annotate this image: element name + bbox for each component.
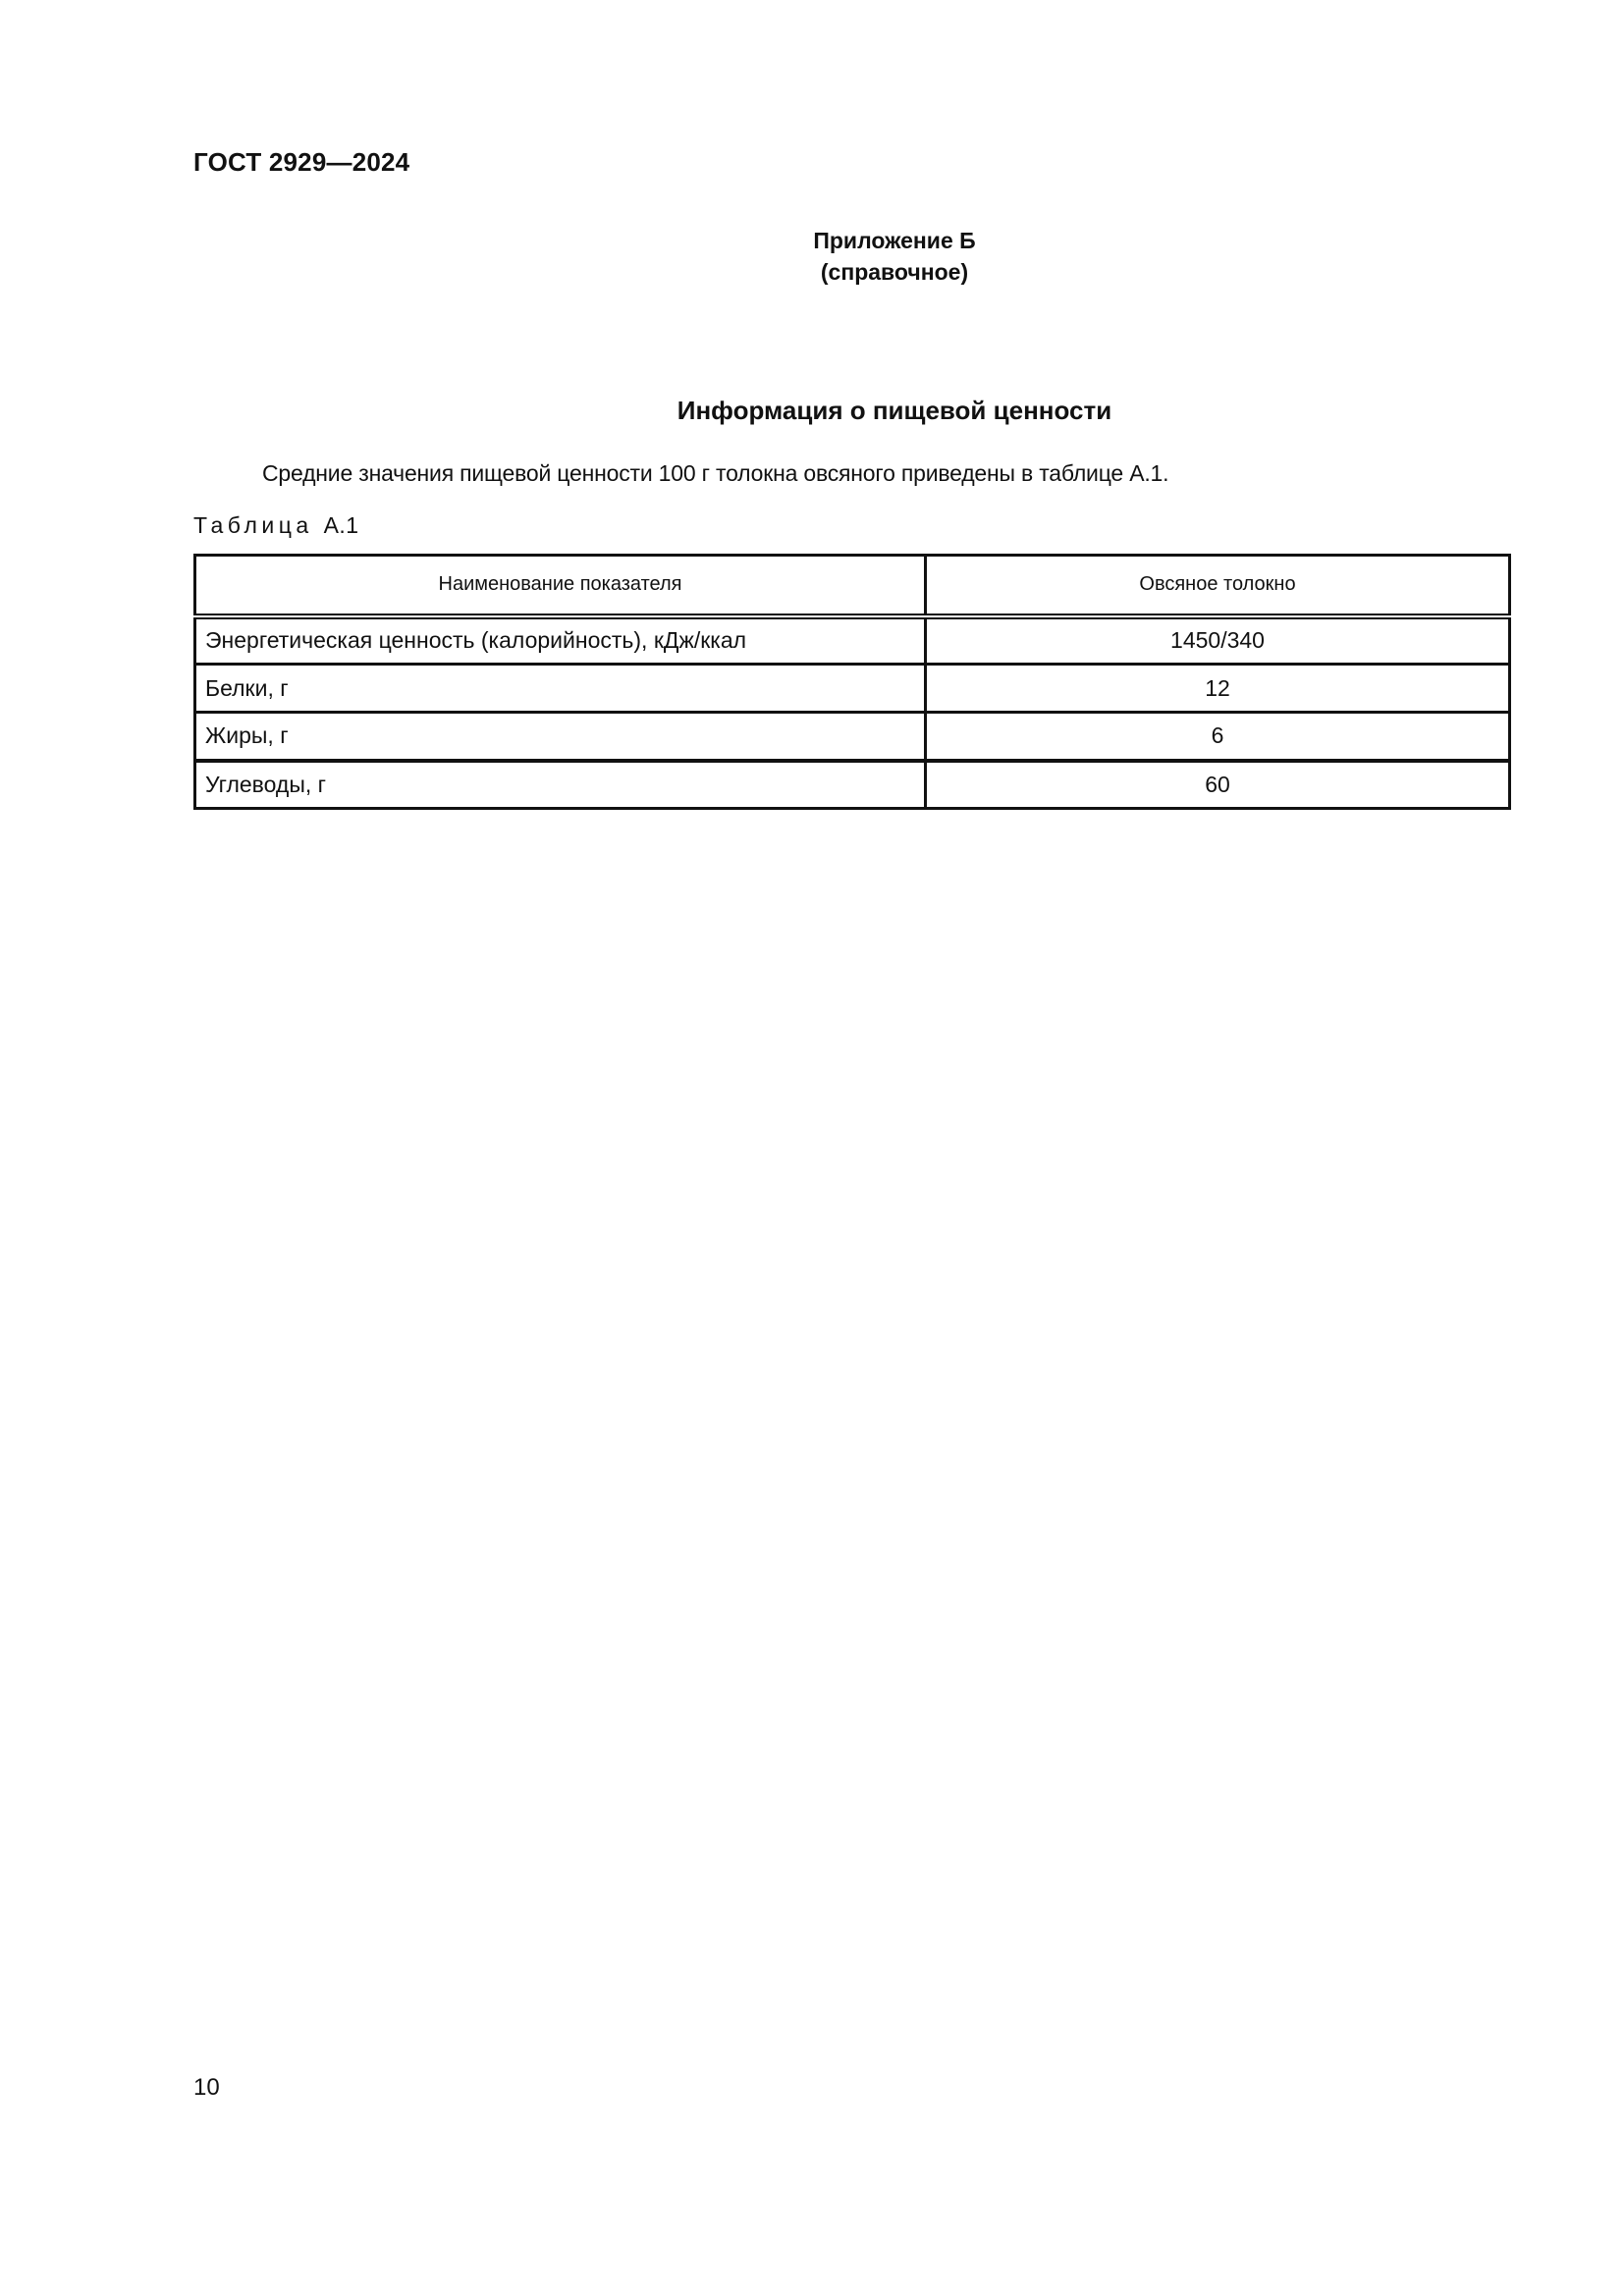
- intro-paragraph: Средние значения пищевой ценности 100 г …: [262, 460, 1168, 487]
- row-value-fat: 6: [926, 713, 1510, 761]
- row-indicator-energy: Энергетическая ценность (калорийность), …: [195, 616, 926, 665]
- section-title: Информация о пищевой ценности: [0, 396, 1624, 426]
- annex-title: Приложение Б: [165, 225, 1624, 256]
- annex-type: (справочное): [165, 256, 1624, 288]
- table-row: Белки, г 12: [195, 665, 1510, 713]
- table-row: Жиры, г 6: [195, 713, 1510, 761]
- column-header-indicator: Наименование показателя: [195, 556, 926, 616]
- column-header-oat-flour: Овсяное толокно: [926, 556, 1510, 616]
- table-caption-number: А.1: [324, 512, 359, 538]
- document-code: ГОСТ 2929—2024: [193, 147, 409, 178]
- page-number: 10: [193, 2074, 220, 2102]
- annex-heading: Приложение Б (справочное): [0, 225, 1624, 288]
- table-header-row: Наименование показателя Овсяное толокно: [195, 556, 1510, 616]
- table-caption: Таблица А.1: [193, 512, 359, 539]
- row-value-energy: 1450/340: [926, 616, 1510, 665]
- row-value-carbohydrates: 60: [926, 761, 1510, 809]
- row-value-protein: 12: [926, 665, 1510, 713]
- row-indicator-carbohydrates: Углеводы, г: [195, 761, 926, 809]
- table-row: Углеводы, г 60: [195, 761, 1510, 809]
- table-row: Энергетическая ценность (калорийность), …: [195, 616, 1510, 665]
- row-indicator-protein: Белки, г: [195, 665, 926, 713]
- table-caption-word: Таблица: [193, 512, 313, 538]
- row-indicator-fat: Жиры, г: [195, 713, 926, 761]
- nutrition-table: Наименование показателя Овсяное толокно …: [193, 554, 1511, 810]
